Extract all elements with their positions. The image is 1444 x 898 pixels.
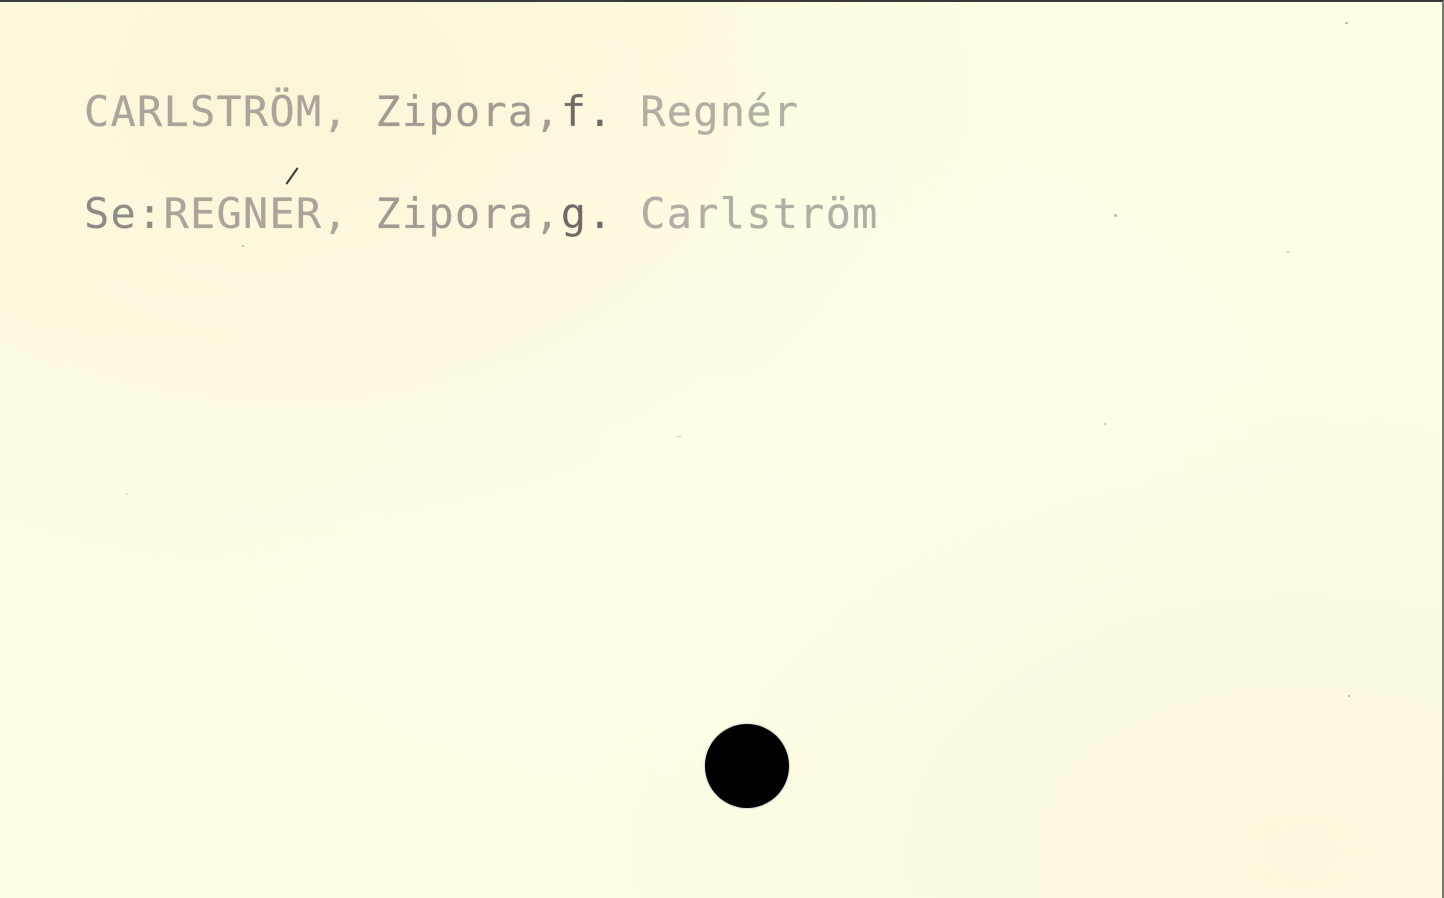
paper-speck — [1348, 695, 1350, 697]
paper-speck — [1345, 22, 1348, 24]
paper-speck — [676, 436, 682, 437]
entry-surname: CARLSTRÖM, — [84, 87, 349, 136]
entry-given-name: Zipora, — [375, 87, 560, 136]
xref-married-name: Carlström — [640, 189, 878, 238]
xref-surname: REGNER, — [163, 189, 348, 238]
paper-speck — [126, 493, 128, 495]
xref-married-label: g. — [561, 189, 614, 238]
index-card: CARLSTRÖM, Zipora,f. Regnér Se:REGNER, Z… — [0, 0, 1444, 898]
paper-speck — [242, 245, 244, 247]
paper-speck — [1104, 423, 1106, 425]
paper-speck — [1287, 251, 1289, 253]
punch-hole — [705, 724, 789, 808]
handwritten-accent-mark — [285, 167, 298, 185]
xref-given-name: Zipora, — [375, 189, 560, 238]
see-label: Se: — [84, 189, 163, 238]
entry-maiden-label: f. — [561, 87, 614, 136]
cross-reference-line: Se:REGNER, Zipora,g. Carlström — [84, 189, 879, 238]
main-entry-line: CARLSTRÖM, Zipora,f. Regnér — [84, 87, 799, 136]
entry-maiden-name: Regnér — [640, 87, 799, 136]
paper-speck — [1114, 214, 1117, 217]
